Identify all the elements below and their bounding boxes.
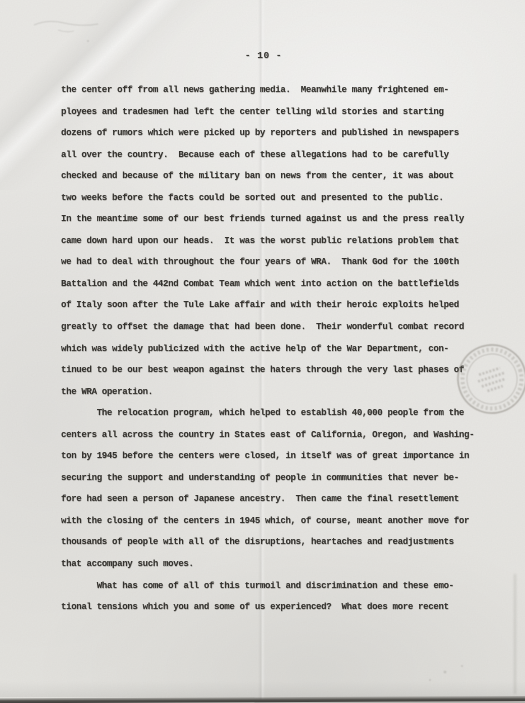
typed-text-block: the center off from all news gathering m… (61, 80, 474, 619)
page-number: - 10 - (0, 50, 525, 61)
typed-text-line: dozens of rumors which were picked up by… (61, 123, 474, 145)
typed-text-line: centers all across the country in States… (61, 425, 474, 447)
typed-text-line: ployees and tradesmen had left the cente… (61, 102, 474, 124)
typed-text-line: In the meantime some of our best friends… (61, 209, 474, 231)
typed-text-line: of Italy soon after the Tule Lake affair… (61, 295, 474, 317)
typed-text-line: the WRA operation. (61, 382, 474, 404)
typed-text-line: thousands of people with all of the disr… (61, 532, 474, 554)
typed-text-line: greatly to offset the damage that had be… (61, 317, 474, 339)
typed-text-line: two weeks before the facts could be sort… (61, 188, 474, 210)
scanned-document-page: - 10 - the center off from all news gath… (0, 0, 525, 700)
typed-text-line: which was widely publicized with the act… (61, 339, 474, 361)
typed-text-line: with the closing of the centers in 1945 … (61, 511, 474, 533)
typed-text-line: What has come of all of this turmoil and… (61, 576, 474, 598)
typed-text-line: came down hard upon our heads. It was th… (61, 231, 474, 253)
typed-text-line: tional tensions which you and some of us… (61, 597, 474, 619)
typed-text-line: we had to deal with throughout the four … (61, 252, 474, 274)
scan-streak (514, 574, 516, 694)
typed-text-line: ton by 1945 before the centers were clos… (61, 446, 474, 468)
typed-text-line: all over the country. Because each of th… (61, 145, 474, 167)
typed-text-line: checked and because of the military ban … (61, 166, 474, 188)
bottom-shadow (0, 681, 525, 697)
typed-text-line: that accompany such moves. (61, 554, 474, 576)
typed-text-line: the center off from all news gathering m… (61, 80, 474, 102)
typed-text-line: fore had seen a person of Japanese ances… (61, 489, 474, 511)
typed-text-line: securing the support and understanding o… (61, 468, 474, 490)
typed-text-line: The relocation program, which helped to … (61, 403, 474, 425)
typed-text-line: Battalion and the 442nd Combat Team whic… (61, 274, 474, 296)
typed-text-line: tinued to be our best weapon against the… (61, 360, 474, 382)
